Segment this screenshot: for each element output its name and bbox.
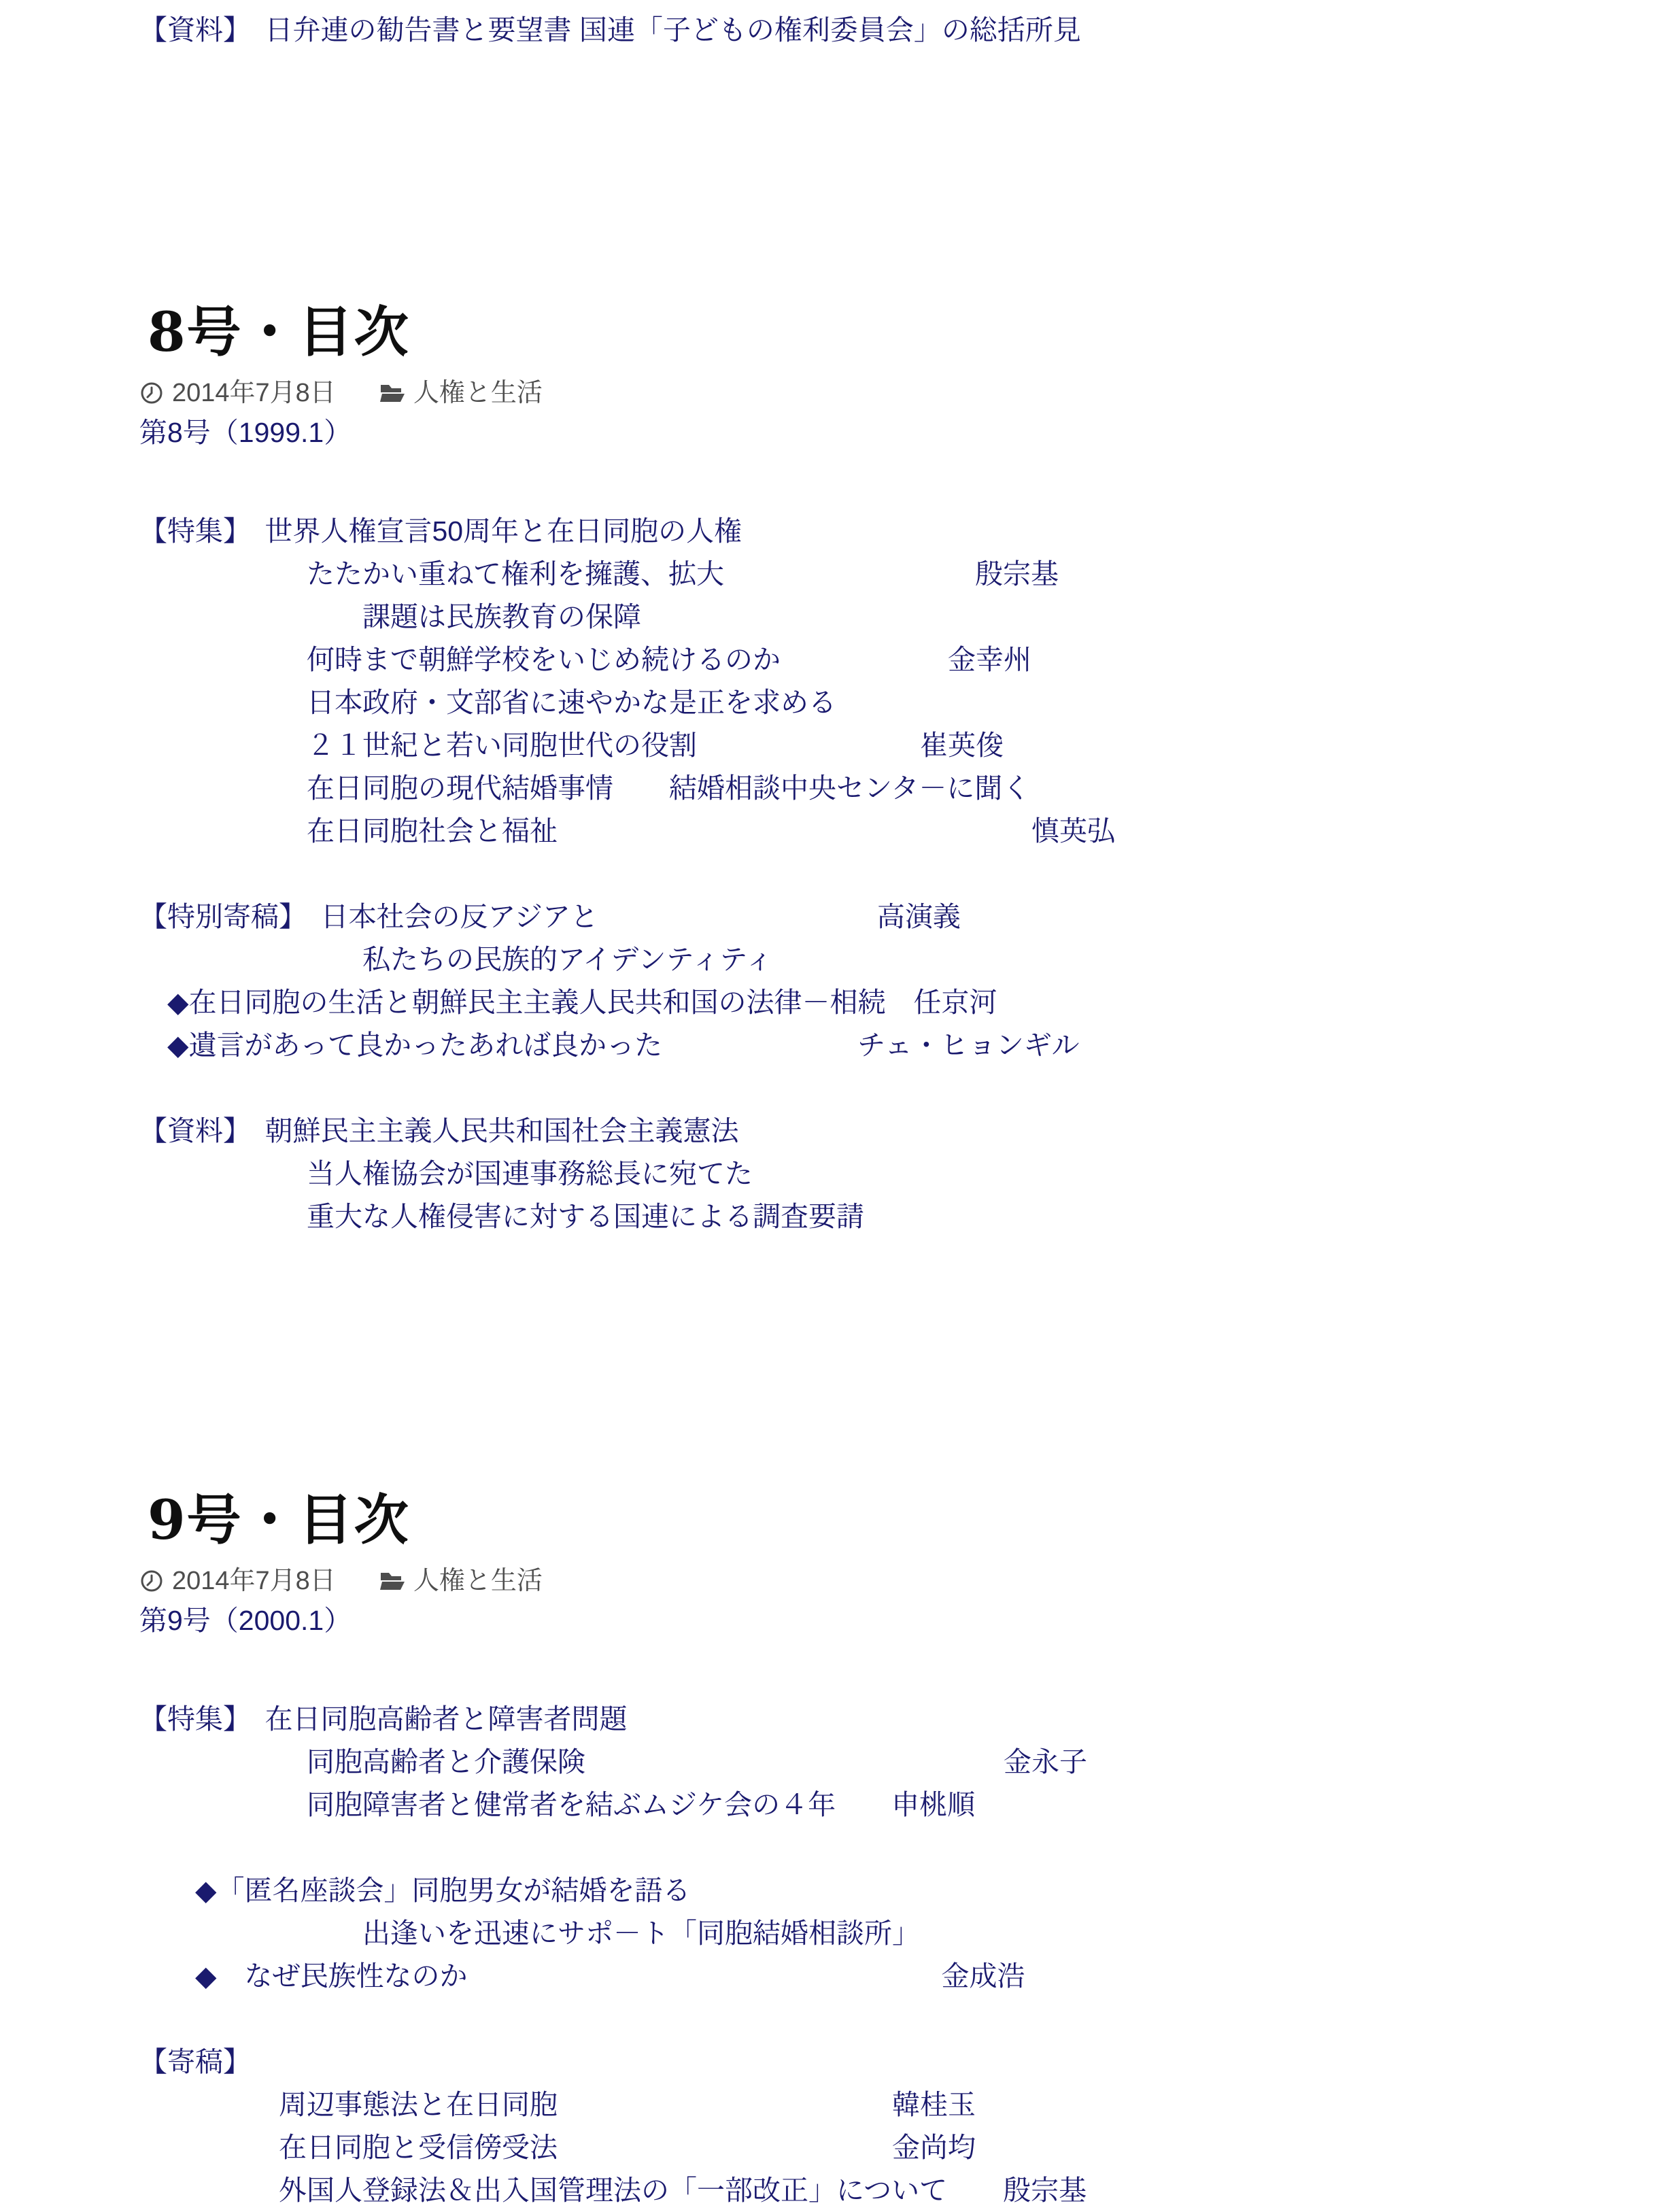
toc-line: 周辺事態法と在日同胞 韓桂玉 — [139, 2083, 1654, 2126]
toc-line: 課題は民族教育の保障 — [139, 596, 1654, 639]
toc-line: 【特集】 世界人権宣言50周年と在日同胞の人権 — [139, 510, 1654, 553]
toc-line: 【特別寄稿】 日本社会の反アジアと 高演義 — [139, 896, 1654, 938]
toc-lines: 【特集】 在日同胞高齢者と障害者問題 同胞高齢者と介護保険 金永子 同胞障害者と… — [139, 1698, 1654, 2212]
toc-line: 重大な人権侵害に対する国連による調査要請 — [139, 1195, 1654, 1238]
toc-line: 【資料】 朝鮮民主主義人民共和国社会主義憲法 — [139, 1110, 1654, 1153]
toc-line: 在日同胞の現代結婚事情 結婚相談中央センタ－に聞く — [139, 767, 1654, 810]
issue-section: 8号・目次 2014年7月8日 — [139, 301, 1654, 1238]
toc-line: 同胞障害者と健常者を結ぶムジケ会の４年 申桃順 — [139, 1784, 1654, 1826]
toc-line: 私たちの民族的アイデンティティ — [139, 938, 1654, 981]
toc-line — [139, 1998, 1654, 2041]
clock-icon — [139, 1569, 164, 1593]
toc-line — [139, 1067, 1654, 1110]
toc-line: 在日同胞社会と福祉 慎英弘 — [139, 810, 1654, 853]
issue-title[interactable]: 9号・目次 — [148, 1488, 1654, 1551]
toc-line: ◆「匿名座談会」同胞男女が結婚を語る — [139, 1869, 1654, 1912]
toc-line: たたかい重ねて権利を擁護、拡大 殷宗基 — [139, 553, 1654, 596]
category-link[interactable]: 人権と生活 — [413, 377, 543, 409]
issue-meta: 2014年7月8日 人権と生活 — [139, 377, 1654, 409]
toc-line: 当人権協会が国連事務総長に宛てた — [139, 1153, 1654, 1195]
post-date: 2014年7月8日 — [172, 1565, 336, 1597]
page-header-line: 【資料】 日弁連の勧告書と要望書 国連「子どもの権利委員会」の総括所見 — [139, 10, 1654, 50]
folder-icon — [379, 1570, 405, 1592]
toc-line: ◆遺言があって良かったあれば良かった チェ・ヒョンギル — [139, 1024, 1654, 1067]
issues-container: 8号・目次 2014年7月8日 — [139, 301, 1654, 2212]
toc-line: 【特集】 在日同胞高齢者と障害者問題 — [139, 1698, 1654, 1741]
post-date: 2014年7月8日 — [172, 377, 336, 409]
issue-meta: 2014年7月8日 人権と生活 — [139, 1565, 1654, 1597]
toc-line: 日本政府・文部省に速やかな是正を求める — [139, 681, 1654, 724]
page: 【資料】 日弁連の勧告書と要望書 国連「子どもの権利委員会」の総括所見 8号・目… — [0, 0, 1674, 2212]
toc-line: ２１世紀と若い同胞世代の役割 崔英俊 — [139, 724, 1654, 767]
issue-number: 第9号（2000.1） — [139, 1601, 1654, 1639]
toc-line — [139, 853, 1654, 896]
toc-line: ◆在日同胞の生活と朝鮮民主主義人民共和国の法律－相続 任京河 — [139, 981, 1654, 1024]
issue-title[interactable]: 8号・目次 — [148, 301, 1654, 363]
toc-line: 外国人登録法＆出入国管理法の「一部改正」について 殷宗基 — [139, 2169, 1654, 2212]
issue-section: 9号・目次 2014年7月8日 — [139, 1488, 1654, 2212]
toc-line: 在日同胞と受信傍受法 金尚均 — [139, 2126, 1654, 2169]
toc-line — [139, 1826, 1654, 1869]
issue-number: 第8号（1999.1） — [139, 413, 1654, 452]
folder-icon — [379, 382, 405, 404]
toc-line: 【寄稿】 — [139, 2041, 1654, 2083]
toc-line: 何時まで朝鮮学校をいじめ続けるのか 金幸州 — [139, 639, 1654, 681]
toc-line: ◆ なぜ民族性なのか 金成浩 — [139, 1955, 1654, 1998]
clock-icon — [139, 381, 164, 405]
category-link[interactable]: 人権と生活 — [413, 1565, 543, 1597]
toc-line: 同胞高齢者と介護保険 金永子 — [139, 1741, 1654, 1784]
toc-lines: 【特集】 世界人権宣言50周年と在日同胞の人権 たたかい重ねて権利を擁護、拡大 … — [139, 510, 1654, 1238]
toc-line: 出逢いを迅速にサポ－ト「同胞結婚相談所」 — [139, 1912, 1654, 1955]
